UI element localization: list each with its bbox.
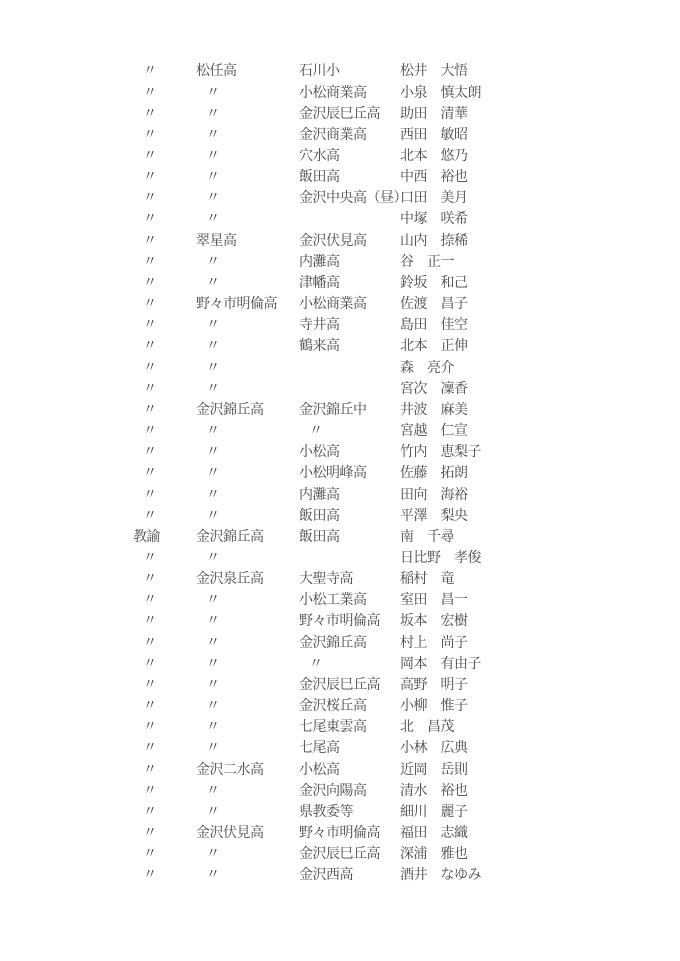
- name-cell: 中塚 咲希: [400, 208, 600, 229]
- name-cell: 竹内 恵梨子: [400, 441, 600, 462]
- ditto-mark: 〃: [196, 208, 306, 229]
- table-row: 〃〃鶴来高北本 正伸: [0, 335, 680, 356]
- ditto-mark: 〃: [196, 864, 306, 885]
- ditto-mark: 〃: [133, 780, 203, 801]
- table-row: 〃〃金沢錦丘高村上 尚子: [0, 632, 680, 653]
- name-cell: 井波 麻美: [400, 399, 600, 420]
- from-school-cell: 金沢伏見高: [196, 822, 296, 843]
- ditto-mark: 〃: [196, 484, 306, 505]
- name-cell: 坂本 宏樹: [400, 610, 600, 631]
- personnel-transfer-table: 〃松任高石川小松井 大悟〃〃小松商業高小泉 慎太朗〃〃金沢辰巳丘高助田 清華〃〃…: [0, 60, 680, 885]
- name-cell: 小柳 惟子: [400, 695, 600, 716]
- ditto-mark: 〃: [196, 420, 306, 441]
- table-row: 〃〃金沢商業高西田 敏昭: [0, 124, 680, 145]
- ditto-mark: 〃: [133, 716, 203, 737]
- name-cell: 助田 清華: [400, 103, 600, 124]
- table-row: 〃〃内灘高谷 正一: [0, 251, 680, 272]
- table-row: 〃松任高石川小松井 大悟: [0, 60, 680, 81]
- name-cell: 佐藤 拓朗: [400, 462, 600, 483]
- name-cell: 小泉 慎太朗: [400, 82, 600, 103]
- table-row: 〃野々市明倫高小松商業高佐渡 昌子: [0, 293, 680, 314]
- table-row: 〃〃小松工業高室田 昌一: [0, 589, 680, 610]
- ditto-mark: 〃: [196, 801, 306, 822]
- ditto-mark: 〃: [133, 314, 203, 335]
- ditto-mark: 〃: [196, 674, 306, 695]
- from-school-cell: 金沢錦丘高: [196, 399, 296, 420]
- ditto-mark: 〃: [133, 632, 203, 653]
- table-row: 〃〃飯田高平澤 梨央: [0, 505, 680, 526]
- table-row: 〃〃津幡高鈴坂 和己: [0, 272, 680, 293]
- name-cell: 細川 麗子: [400, 801, 600, 822]
- table-row: 〃〃小松高竹内 恵梨子: [0, 441, 680, 462]
- ditto-mark: 〃: [133, 420, 203, 441]
- ditto-mark: 〃: [196, 103, 306, 124]
- name-cell: 小林 広典: [400, 737, 600, 758]
- name-cell: 稲村 竜: [400, 568, 600, 589]
- name-cell: 島田 佳空: [400, 314, 600, 335]
- ditto-mark: 〃: [196, 441, 306, 462]
- ditto-mark: 〃: [133, 589, 203, 610]
- name-cell: 福田 志織: [400, 822, 600, 843]
- name-cell: 平澤 梨央: [400, 505, 600, 526]
- table-row: 〃金沢二水高小松高近岡 岳則: [0, 759, 680, 780]
- name-cell: 山内 捺稀: [400, 230, 600, 251]
- ditto-mark: 〃: [133, 864, 203, 885]
- table-row: 〃〃金沢辰巳丘高高野 明子: [0, 674, 680, 695]
- table-row: 〃金沢泉丘高大聖寺高稲村 竜: [0, 568, 680, 589]
- ditto-mark: 〃: [133, 462, 203, 483]
- table-row: 〃〃金沢中央高（昼）口田 美月: [0, 187, 680, 208]
- ditto-mark: 〃: [196, 610, 306, 631]
- table-row: 〃〃七尾高小林 広典: [0, 737, 680, 758]
- ditto-mark: 〃: [196, 505, 306, 526]
- table-row: 〃〃野々市明倫高坂本 宏樹: [0, 610, 680, 631]
- ditto-mark: 〃: [133, 230, 203, 251]
- name-cell: 鈴坂 和己: [400, 272, 600, 293]
- name-cell: 室田 昌一: [400, 589, 600, 610]
- ditto-mark: 〃: [196, 547, 306, 568]
- ditto-mark: 〃: [133, 441, 203, 462]
- name-cell: 北本 悠乃: [400, 145, 600, 166]
- ditto-mark: 〃: [196, 145, 306, 166]
- from-school-cell: 金沢二水高: [196, 759, 296, 780]
- name-cell: 中西 裕也: [400, 166, 600, 187]
- table-row: 〃金沢錦丘高金沢錦丘中井波 麻美: [0, 399, 680, 420]
- name-cell: 佐渡 昌子: [400, 293, 600, 314]
- name-cell: 口田 美月: [400, 187, 600, 208]
- name-cell: 北本 正伸: [400, 335, 600, 356]
- ditto-mark: 〃: [196, 272, 306, 293]
- ditto-mark: 〃: [196, 378, 306, 399]
- ditto-mark: 〃: [133, 822, 203, 843]
- ditto-mark: 〃: [133, 674, 203, 695]
- ditto-mark: 〃: [196, 462, 306, 483]
- ditto-mark: 〃: [133, 335, 203, 356]
- ditto-mark: 〃: [133, 484, 203, 505]
- name-cell: 森 亮介: [400, 357, 600, 378]
- ditto-mark: 〃: [133, 737, 203, 758]
- ditto-mark: 〃: [133, 60, 203, 81]
- ditto-mark: 〃: [133, 357, 203, 378]
- table-row: 〃〃飯田高中西 裕也: [0, 166, 680, 187]
- name-cell: 近岡 岳則: [400, 759, 600, 780]
- ditto-mark: 〃: [133, 103, 203, 124]
- ditto-mark: 〃: [196, 314, 306, 335]
- table-row: 〃〃森 亮介: [0, 357, 680, 378]
- from-school-cell: 翠星高: [196, 230, 296, 251]
- ditto-mark: 〃: [133, 653, 203, 674]
- ditto-mark: 〃: [196, 589, 306, 610]
- name-cell: 村上 尚子: [400, 632, 600, 653]
- ditto-mark: 〃: [133, 293, 203, 314]
- table-row: 〃〃金沢桜丘高小柳 惟子: [0, 695, 680, 716]
- ditto-mark: 〃: [196, 695, 306, 716]
- ditto-mark: 〃: [196, 187, 306, 208]
- ditto-mark: 〃: [196, 716, 306, 737]
- ditto-mark: 〃: [133, 568, 203, 589]
- ditto-mark: 〃: [133, 166, 203, 187]
- table-row: 〃〃内灘高田向 海裕: [0, 484, 680, 505]
- from-school-cell: 金沢錦丘高: [196, 526, 296, 547]
- ditto-mark: 〃: [133, 801, 203, 822]
- ditto-mark: 〃: [133, 759, 203, 780]
- name-cell: 岡本 有由子: [400, 653, 600, 674]
- name-cell: 谷 正一: [400, 251, 600, 272]
- table-row: 〃〃宮次 凜香: [0, 378, 680, 399]
- name-cell: 高野 明子: [400, 674, 600, 695]
- table-row: 〃〃小松商業高小泉 慎太朗: [0, 82, 680, 103]
- table-row: 〃〃七尾東雲高北 昌茂: [0, 716, 680, 737]
- table-row: 〃〃金沢辰巳丘高助田 清華: [0, 103, 680, 124]
- ditto-mark: 〃: [196, 124, 306, 145]
- ditto-mark: 〃: [196, 357, 306, 378]
- ditto-mark: 〃: [133, 145, 203, 166]
- ditto-mark: 〃: [133, 378, 203, 399]
- ditto-mark: 〃: [196, 843, 306, 864]
- name-cell: 北 昌茂: [400, 716, 600, 737]
- from-school-cell: 松任高: [196, 60, 296, 81]
- ditto-mark: 〃: [133, 843, 203, 864]
- ditto-mark: 〃: [133, 251, 203, 272]
- ditto-mark: 〃: [196, 166, 306, 187]
- table-row: 〃〃金沢辰巳丘高深浦 雅也: [0, 843, 680, 864]
- ditto-mark: 〃: [133, 187, 203, 208]
- from-school-cell: 金沢泉丘高: [196, 568, 296, 589]
- table-row: 〃翠星高金沢伏見高山内 捺稀: [0, 230, 680, 251]
- table-row: 〃〃〃岡本 有由子: [0, 653, 680, 674]
- table-row: 〃〃県教委等細川 麗子: [0, 801, 680, 822]
- ditto-mark: 〃: [133, 399, 203, 420]
- table-row: 〃金沢伏見高野々市明倫高福田 志織: [0, 822, 680, 843]
- ditto-mark: 〃: [196, 82, 306, 103]
- ditto-mark: 〃: [196, 780, 306, 801]
- name-cell: 松井 大悟: [400, 60, 600, 81]
- ditto-mark: 〃: [196, 251, 306, 272]
- ditto-mark: 〃: [133, 505, 203, 526]
- ditto-mark: 〃: [133, 272, 203, 293]
- table-row: 〃〃穴水高北本 悠乃: [0, 145, 680, 166]
- name-cell: 清水 裕也: [400, 780, 600, 801]
- name-cell: 日比野 孝俊: [400, 547, 600, 568]
- ditto-mark: 〃: [133, 82, 203, 103]
- ditto-mark: 〃: [133, 208, 203, 229]
- ditto-mark: 〃: [196, 653, 306, 674]
- table-row: 〃〃金沢向陽高清水 裕也: [0, 780, 680, 801]
- table-row: 〃〃寺井高島田 佳空: [0, 314, 680, 335]
- name-cell: 宮越 仁宣: [400, 420, 600, 441]
- from-school-cell: 野々市明倫高: [196, 293, 296, 314]
- document-page: 〃松任高石川小松井 大悟〃〃小松商業高小泉 慎太朗〃〃金沢辰巳丘高助田 清華〃〃…: [0, 0, 680, 961]
- name-cell: 酒井 なゆみ: [400, 864, 600, 885]
- table-row: 教諭金沢錦丘高飯田高南 千尋: [0, 526, 680, 547]
- ditto-mark: 〃: [133, 695, 203, 716]
- name-cell: 田向 海裕: [400, 484, 600, 505]
- position-cell: 教諭: [133, 526, 193, 547]
- ditto-mark: 〃: [133, 547, 203, 568]
- ditto-mark: 〃: [196, 335, 306, 356]
- table-row: 〃〃日比野 孝俊: [0, 547, 680, 568]
- name-cell: 南 千尋: [400, 526, 600, 547]
- table-row: 〃〃〃宮越 仁宣: [0, 420, 680, 441]
- table-row: 〃〃中塚 咲希: [0, 208, 680, 229]
- ditto-mark: 〃: [133, 124, 203, 145]
- table-row: 〃〃金沢西高酒井 なゆみ: [0, 864, 680, 885]
- table-row: 〃〃小松明峰高佐藤 拓朗: [0, 462, 680, 483]
- name-cell: 西田 敏昭: [400, 124, 600, 145]
- ditto-mark: 〃: [196, 632, 306, 653]
- ditto-mark: 〃: [133, 610, 203, 631]
- name-cell: 宮次 凜香: [400, 378, 600, 399]
- name-cell: 深浦 雅也: [400, 843, 600, 864]
- ditto-mark: 〃: [196, 737, 306, 758]
